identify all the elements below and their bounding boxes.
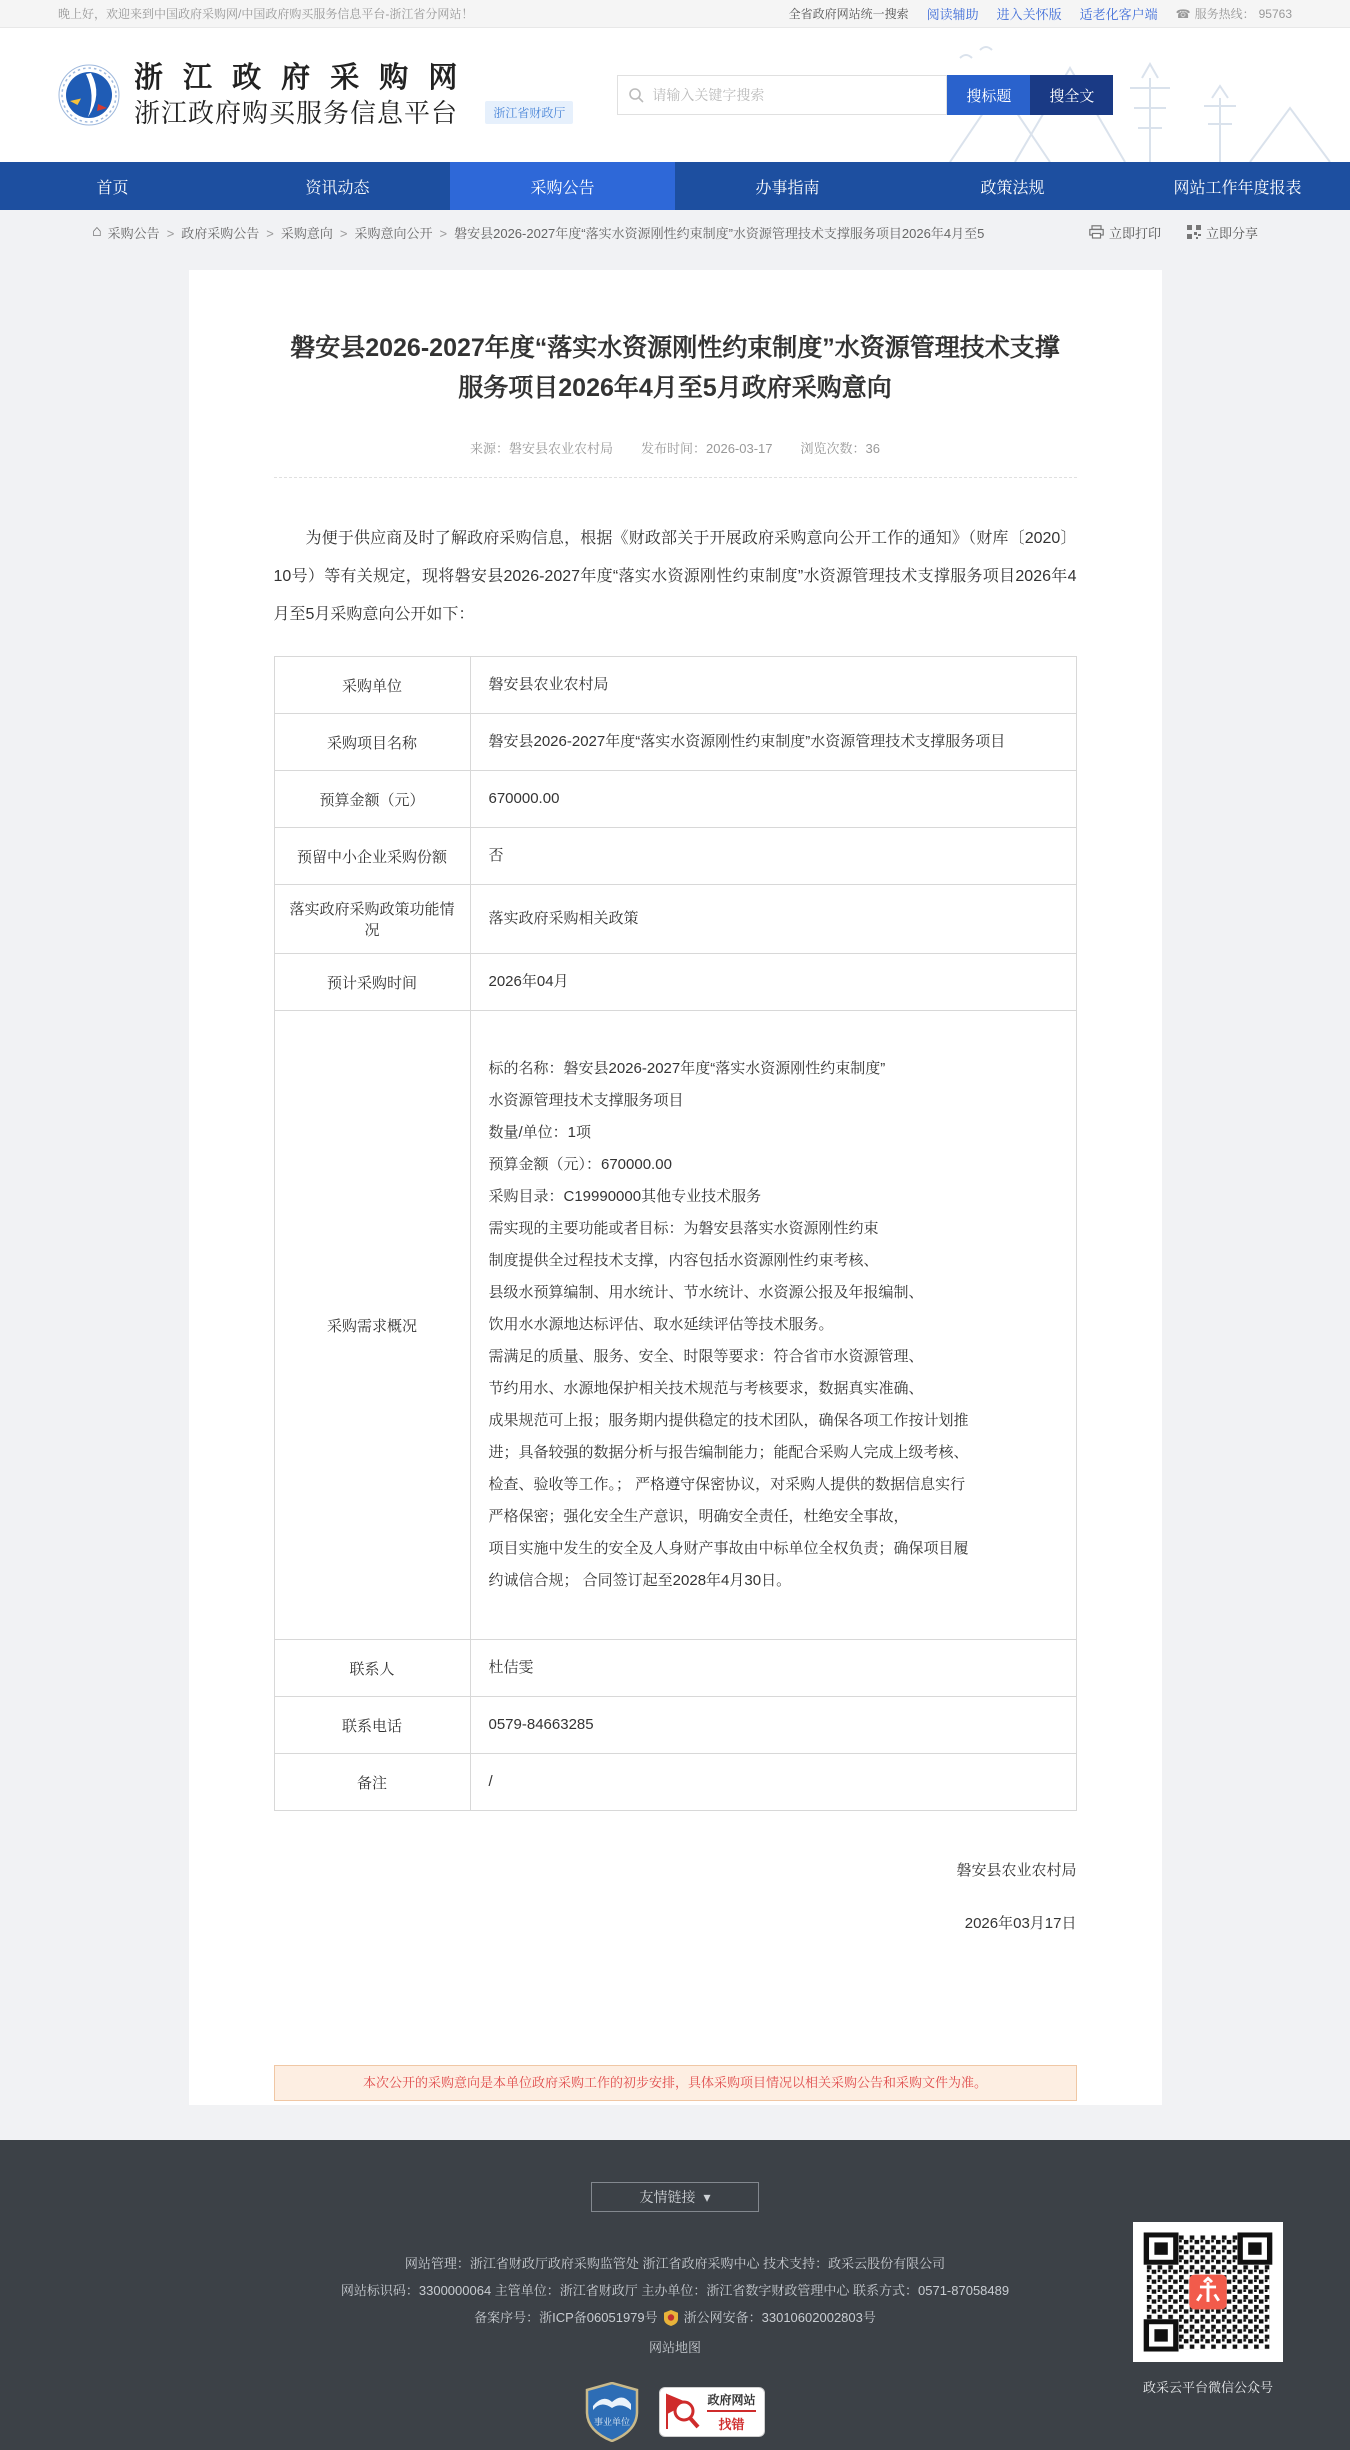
greeting-text: 晚上好，欢迎来到中国政府采购网/中国政府购买服务信息平台-浙江省分网站！ bbox=[58, 5, 473, 22]
disclaimer-notice: 本次公开的采购意向是本单位政府采购工作的初步安排，具体采购项目情况以相关采购公告… bbox=[274, 2065, 1077, 2101]
breadcrumb-current: 磐安县2026-2027年度“落实水资源刚性约束制度”水资源管理技术支撑服务项目… bbox=[454, 223, 984, 242]
breadcrumb-part[interactable]: 政府采购公告 bbox=[181, 223, 281, 242]
field-label: 采购单位 bbox=[274, 657, 470, 714]
institution-badge[interactable]: 事业单位 bbox=[585, 2382, 639, 2442]
main-nav: 首页 资讯动态 采购公告 办事指南 政策法规 网站工作年度报表 bbox=[0, 162, 1350, 210]
breadcrumb: ⌂ 采购公告 政府采购公告 采购意向 采购意向公开 磐安县2026-2027年度… bbox=[0, 210, 1350, 254]
divider bbox=[274, 477, 1077, 478]
article-card: 磐安县2026-2027年度“落实水资源刚性约束制度”水资源管理技术支撑服务项目… bbox=[189, 270, 1162, 2105]
signature-date: 2026年03月17日 bbox=[274, 1912, 1077, 1933]
sitemap-link[interactable]: 网站地图 bbox=[649, 2340, 701, 2355]
site-header: 浙 江 政 府 采 购 网 浙江政府购买服务信息平台 浙江省财政厅 搜标题 搜全… bbox=[0, 28, 1350, 162]
share-qr-icon bbox=[1187, 225, 1201, 239]
field-label: 备注 bbox=[274, 1754, 470, 1811]
home-icon[interactable]: ⌂ bbox=[92, 224, 102, 240]
table-row: 采购单位 磐安县农业农村局 bbox=[274, 657, 1076, 714]
site-brand[interactable]: 浙 江 政 府 采 购 网 浙江政府购买服务信息平台 浙江省财政厅 bbox=[58, 60, 573, 130]
table-row: 采购项目名称 磐安县2026-2027年度“落实水资源刚性约束制度”水资源管理技… bbox=[274, 714, 1076, 771]
magnifier-flag-icon bbox=[666, 2393, 700, 2431]
field-label: 采购需求概况 bbox=[274, 1011, 470, 1640]
wechat-qr-block: 政采云平台微信公众号 bbox=[1132, 2222, 1284, 2396]
article-meta: 来源：磐安县农业农村局 发布时间：2026-03-17 浏览次数：36 bbox=[274, 438, 1077, 457]
nav-item-service-guide[interactable]: 办事指南 bbox=[675, 162, 900, 210]
share-button[interactable]: 立即分享 bbox=[1187, 223, 1258, 242]
field-label: 预计采购时间 bbox=[274, 954, 470, 1011]
field-value: 0579-84663285 bbox=[470, 1697, 1076, 1754]
field-value: 否 bbox=[470, 828, 1076, 885]
nav-item-policy[interactable]: 政策法规 bbox=[900, 162, 1125, 210]
brand-text: 浙 江 政 府 采 购 网 浙江政府购买服务信息平台 bbox=[134, 60, 463, 130]
site-logo bbox=[58, 64, 120, 126]
field-label: 联系电话 bbox=[274, 1697, 470, 1754]
search-icon bbox=[628, 87, 644, 103]
print-button[interactable]: 立即打印 bbox=[1089, 223, 1161, 242]
table-row: 预计采购时间 2026年04月 bbox=[274, 954, 1076, 1011]
wechat-qr-code bbox=[1133, 2222, 1283, 2362]
read-assist-link[interactable]: 阅读辅助 bbox=[927, 4, 979, 23]
procurement-info-table: 采购单位 磐安县农业农村局 采购项目名称 磐安县2026-2027年度“落实水资… bbox=[274, 656, 1077, 1811]
chevron-down-icon: ▾ bbox=[703, 2189, 710, 2206]
service-hotline: ☎ 服务热线： 95763 bbox=[1176, 5, 1292, 22]
footer-icp[interactable]: 备案序号：浙ICP备06051979号 bbox=[474, 2304, 658, 2331]
institution-badge-label: 事业单位 bbox=[585, 2415, 639, 2428]
police-badge-icon bbox=[664, 2310, 678, 2326]
search-fulltext-button[interactable]: 搜全文 bbox=[1030, 75, 1113, 115]
badge-correct-text: 找错 bbox=[707, 2414, 756, 2433]
site-title: 浙 江 政 府 采 购 网 bbox=[134, 60, 463, 96]
table-row: 联系电话 0579-84663285 bbox=[274, 1697, 1076, 1754]
meta-source: 来源：磐安县农业农村局 bbox=[470, 438, 613, 457]
meta-publish-time: 发布时间：2026-03-17 bbox=[641, 438, 773, 457]
search-input[interactable] bbox=[652, 87, 936, 103]
breadcrumb-part[interactable]: 采购公告 bbox=[108, 223, 182, 242]
table-row: 采购需求概况 标的名称：磐安县2026-2027年度“落实水资源刚性约束制度” … bbox=[274, 1011, 1076, 1640]
field-label: 联系人 bbox=[274, 1640, 470, 1697]
nav-item-annual-report[interactable]: 网站工作年度报表 bbox=[1125, 162, 1350, 210]
top-utility-bar: 晚上好，欢迎来到中国政府采购网/中国政府购买服务信息平台-浙江省分网站！ 全省政… bbox=[0, 0, 1350, 28]
search-title-button[interactable]: 搜标题 bbox=[947, 75, 1030, 115]
breadcrumb-part[interactable]: 采购意向 bbox=[281, 223, 355, 242]
badge-site-text: 政府网站 bbox=[707, 2391, 756, 2412]
dept-badge: 浙江省财政厅 bbox=[485, 101, 573, 124]
field-value: 2026年04月 bbox=[470, 954, 1076, 1011]
nav-item-home[interactable]: 首页 bbox=[0, 162, 225, 210]
article-title: 磐安县2026-2027年度“落实水资源刚性约束制度”水资源管理技术支撑服务项目… bbox=[274, 328, 1077, 408]
field-label: 预留中小企业采购份额 bbox=[274, 828, 470, 885]
qr-caption: 政采云平台微信公众号 bbox=[1132, 2377, 1284, 2396]
field-label: 采购项目名称 bbox=[274, 714, 470, 771]
field-value: 670000.00 bbox=[470, 771, 1076, 828]
care-mode-link[interactable]: 进入关怀版 bbox=[997, 4, 1062, 23]
field-value: 磐安县农业农村局 bbox=[470, 657, 1076, 714]
site-footer: 友情链接 ▾ 网站管理：浙江省财政厅政府采购监管处 浙江省政府采购中心 技术支持… bbox=[0, 2140, 1350, 2450]
footer-police-filing[interactable]: 浙公网安备：33010602002803号 bbox=[684, 2304, 876, 2331]
field-value: 磐安县2026-2027年度“落实水资源刚性约束制度”水资源管理技术支撑服务项目 bbox=[470, 714, 1076, 771]
search-bar: 搜标题 搜全文 bbox=[617, 75, 1113, 115]
field-label: 落实政府采购政策功能情况 bbox=[274, 885, 470, 954]
unified-search-link[interactable]: 全省政府网站统一搜索 bbox=[789, 5, 909, 22]
printer-icon bbox=[1089, 225, 1104, 239]
field-value: 杜佶雯 bbox=[470, 1640, 1076, 1697]
table-row: 联系人 杜佶雯 bbox=[274, 1640, 1076, 1697]
breadcrumb-part[interactable]: 采购意向公开 bbox=[355, 223, 455, 242]
nav-item-procurement-notice[interactable]: 采购公告 bbox=[450, 162, 675, 210]
field-value: 落实政府采购相关政策 bbox=[470, 885, 1076, 954]
article-intro: 为便于供应商及时了解政府采购信息，根据《财政部关于开展政府采购意向公开工作的通知… bbox=[274, 520, 1077, 634]
signature-org: 磐安县农业农村局 bbox=[274, 1859, 1077, 1880]
meta-view-count: 浏览次数：36 bbox=[801, 438, 880, 457]
table-row: 备注 / bbox=[274, 1754, 1076, 1811]
table-row: 预算金额（元） 670000.00 bbox=[274, 771, 1076, 828]
table-row: 落实政府采购政策功能情况 落实政府采购相关政策 bbox=[274, 885, 1076, 954]
elder-client-link[interactable]: 适老化客户端 bbox=[1080, 4, 1158, 23]
field-label: 预算金额（元） bbox=[274, 771, 470, 828]
nav-item-news[interactable]: 资讯动态 bbox=[225, 162, 450, 210]
phone-icon: ☎ bbox=[1176, 7, 1191, 21]
field-value: 标的名称：磐安县2026-2027年度“落实水资源刚性约束制度” 水资源管理技术… bbox=[470, 1011, 1076, 1640]
site-subtitle: 浙江政府购买服务信息平台 bbox=[134, 96, 463, 130]
table-row: 预留中小企业采购份额 否 bbox=[274, 828, 1076, 885]
field-value: / bbox=[470, 1754, 1076, 1811]
signature-block: 磐安县农业农村局 2026年03月17日 bbox=[274, 1859, 1077, 1933]
friend-links-dropdown[interactable]: 友情链接 ▾ bbox=[591, 2182, 759, 2212]
gov-site-error-report-badge[interactable]: 政府网站 找错 bbox=[659, 2387, 765, 2437]
